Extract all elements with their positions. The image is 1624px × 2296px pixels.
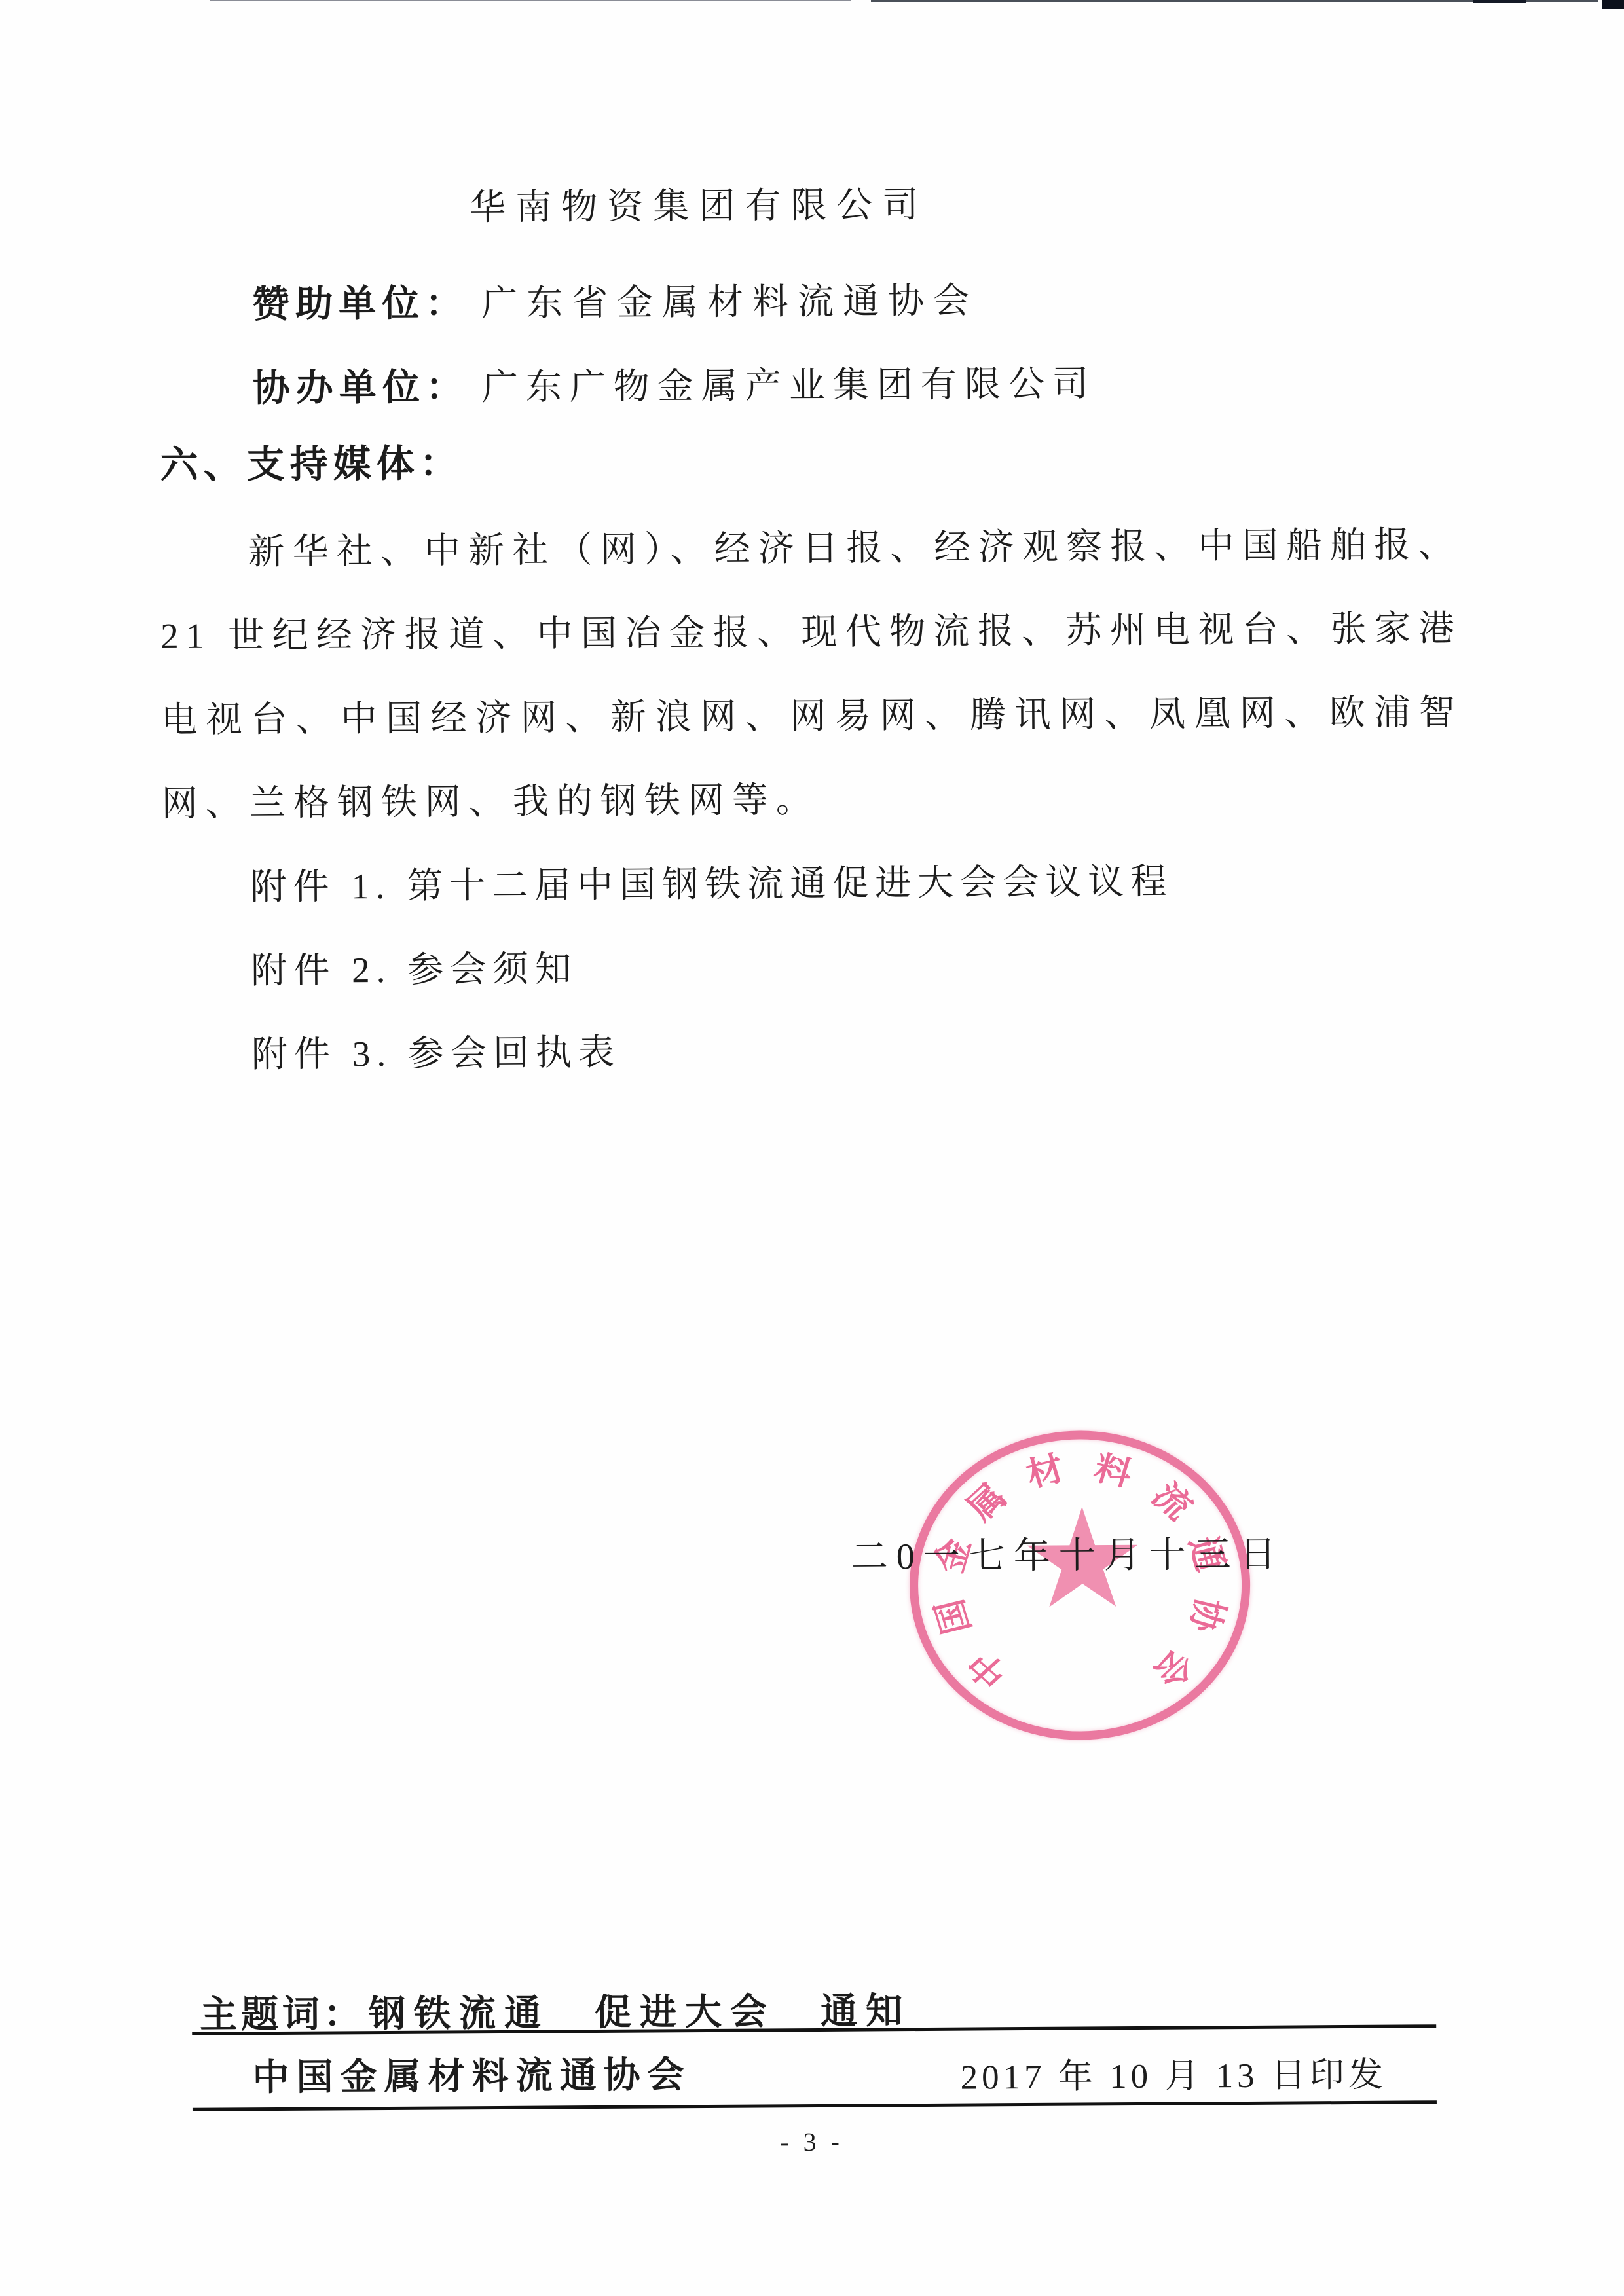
section-heading: 六、支持媒体： <box>160 442 462 488</box>
sponsor-label: 赞助单位： <box>252 282 468 325</box>
print-date: 2017 年 10 月 13 日印发 <box>960 2047 1387 2100</box>
organizer-continuation-line: 华南物资集团有限公司 <box>470 184 928 228</box>
document-content: 华南物资集团有限公司 赞助单位：广东省金属材料流通协会 协办单位：广东广物金属产… <box>0 0 1624 2296</box>
media-paragraph-line-4: 网、兰格钢铁网、我的钢铁网等。 <box>162 779 820 824</box>
stamp-char: 中 <box>953 1643 1018 1701</box>
official-stamp: 中 国 金 属 材 料 流 通 协 会 <box>909 1430 1251 1741</box>
sponsor-row: 赞助单位：广东省金属材料流通协会 <box>252 270 978 328</box>
stamp-char: 属 <box>952 1472 1016 1529</box>
stamp-char: 会 <box>1143 1641 1208 1699</box>
stamp-char: 流 <box>1142 1470 1206 1529</box>
document-date: 二0一七年十月十三日 <box>851 1525 1285 1580</box>
footer-separator-bottom <box>193 2100 1437 2111</box>
media-paragraph-line-3: 电视台、中国经济网、新浪网、网易网、腾讯网、凤凰网、欧浦智 <box>161 691 1462 740</box>
stamp-char: 国 <box>919 1595 981 1640</box>
keywords-label: 主题词： <box>200 1993 365 2036</box>
issuer-name: 中国金属材料流通协会 <box>252 2046 691 2101</box>
co-organizer-value: 广东广物金属产业集团有限公司 <box>482 363 1096 407</box>
co-organizer-label: 协办单位： <box>253 366 469 409</box>
stamp-ring-text: 中 国 金 属 材 料 流 通 协 会 <box>909 1446 1251 1726</box>
stamp-char: 料 <box>1089 1441 1139 1496</box>
media-paragraph-line-2: 21 世纪经济报道、中国冶金报、现代物流报、苏州电视台、张家港 <box>160 608 1462 657</box>
sponsor-value: 广东省金属材料流通协会 <box>481 280 978 323</box>
scanned-document-page: 华南物资集团有限公司 赞助单位：广东省金属材料流通协会 协办单位：广东广物金属产… <box>0 0 1624 2296</box>
media-paragraph-line-1: 新华社、中新社（网）、经济日报、经济观察报、中国船舶报、 <box>248 524 1461 573</box>
attachment-item-2: 附件 2. 参会须知 <box>251 948 578 991</box>
attachment-item-3: 附件 3. 参会回执表 <box>251 1032 621 1076</box>
co-organizer-row: 协办单位：广东广物金属产业集团有限公司 <box>253 353 1096 412</box>
stamp-char: 材 <box>1020 1441 1070 1497</box>
attachment-item-1: 附件 1. 第十二届中国钢铁流通促进大会会议议程 <box>250 861 1173 908</box>
page-number: - 3 - <box>780 2126 843 2158</box>
stamp-char: 协 <box>1179 1594 1241 1638</box>
